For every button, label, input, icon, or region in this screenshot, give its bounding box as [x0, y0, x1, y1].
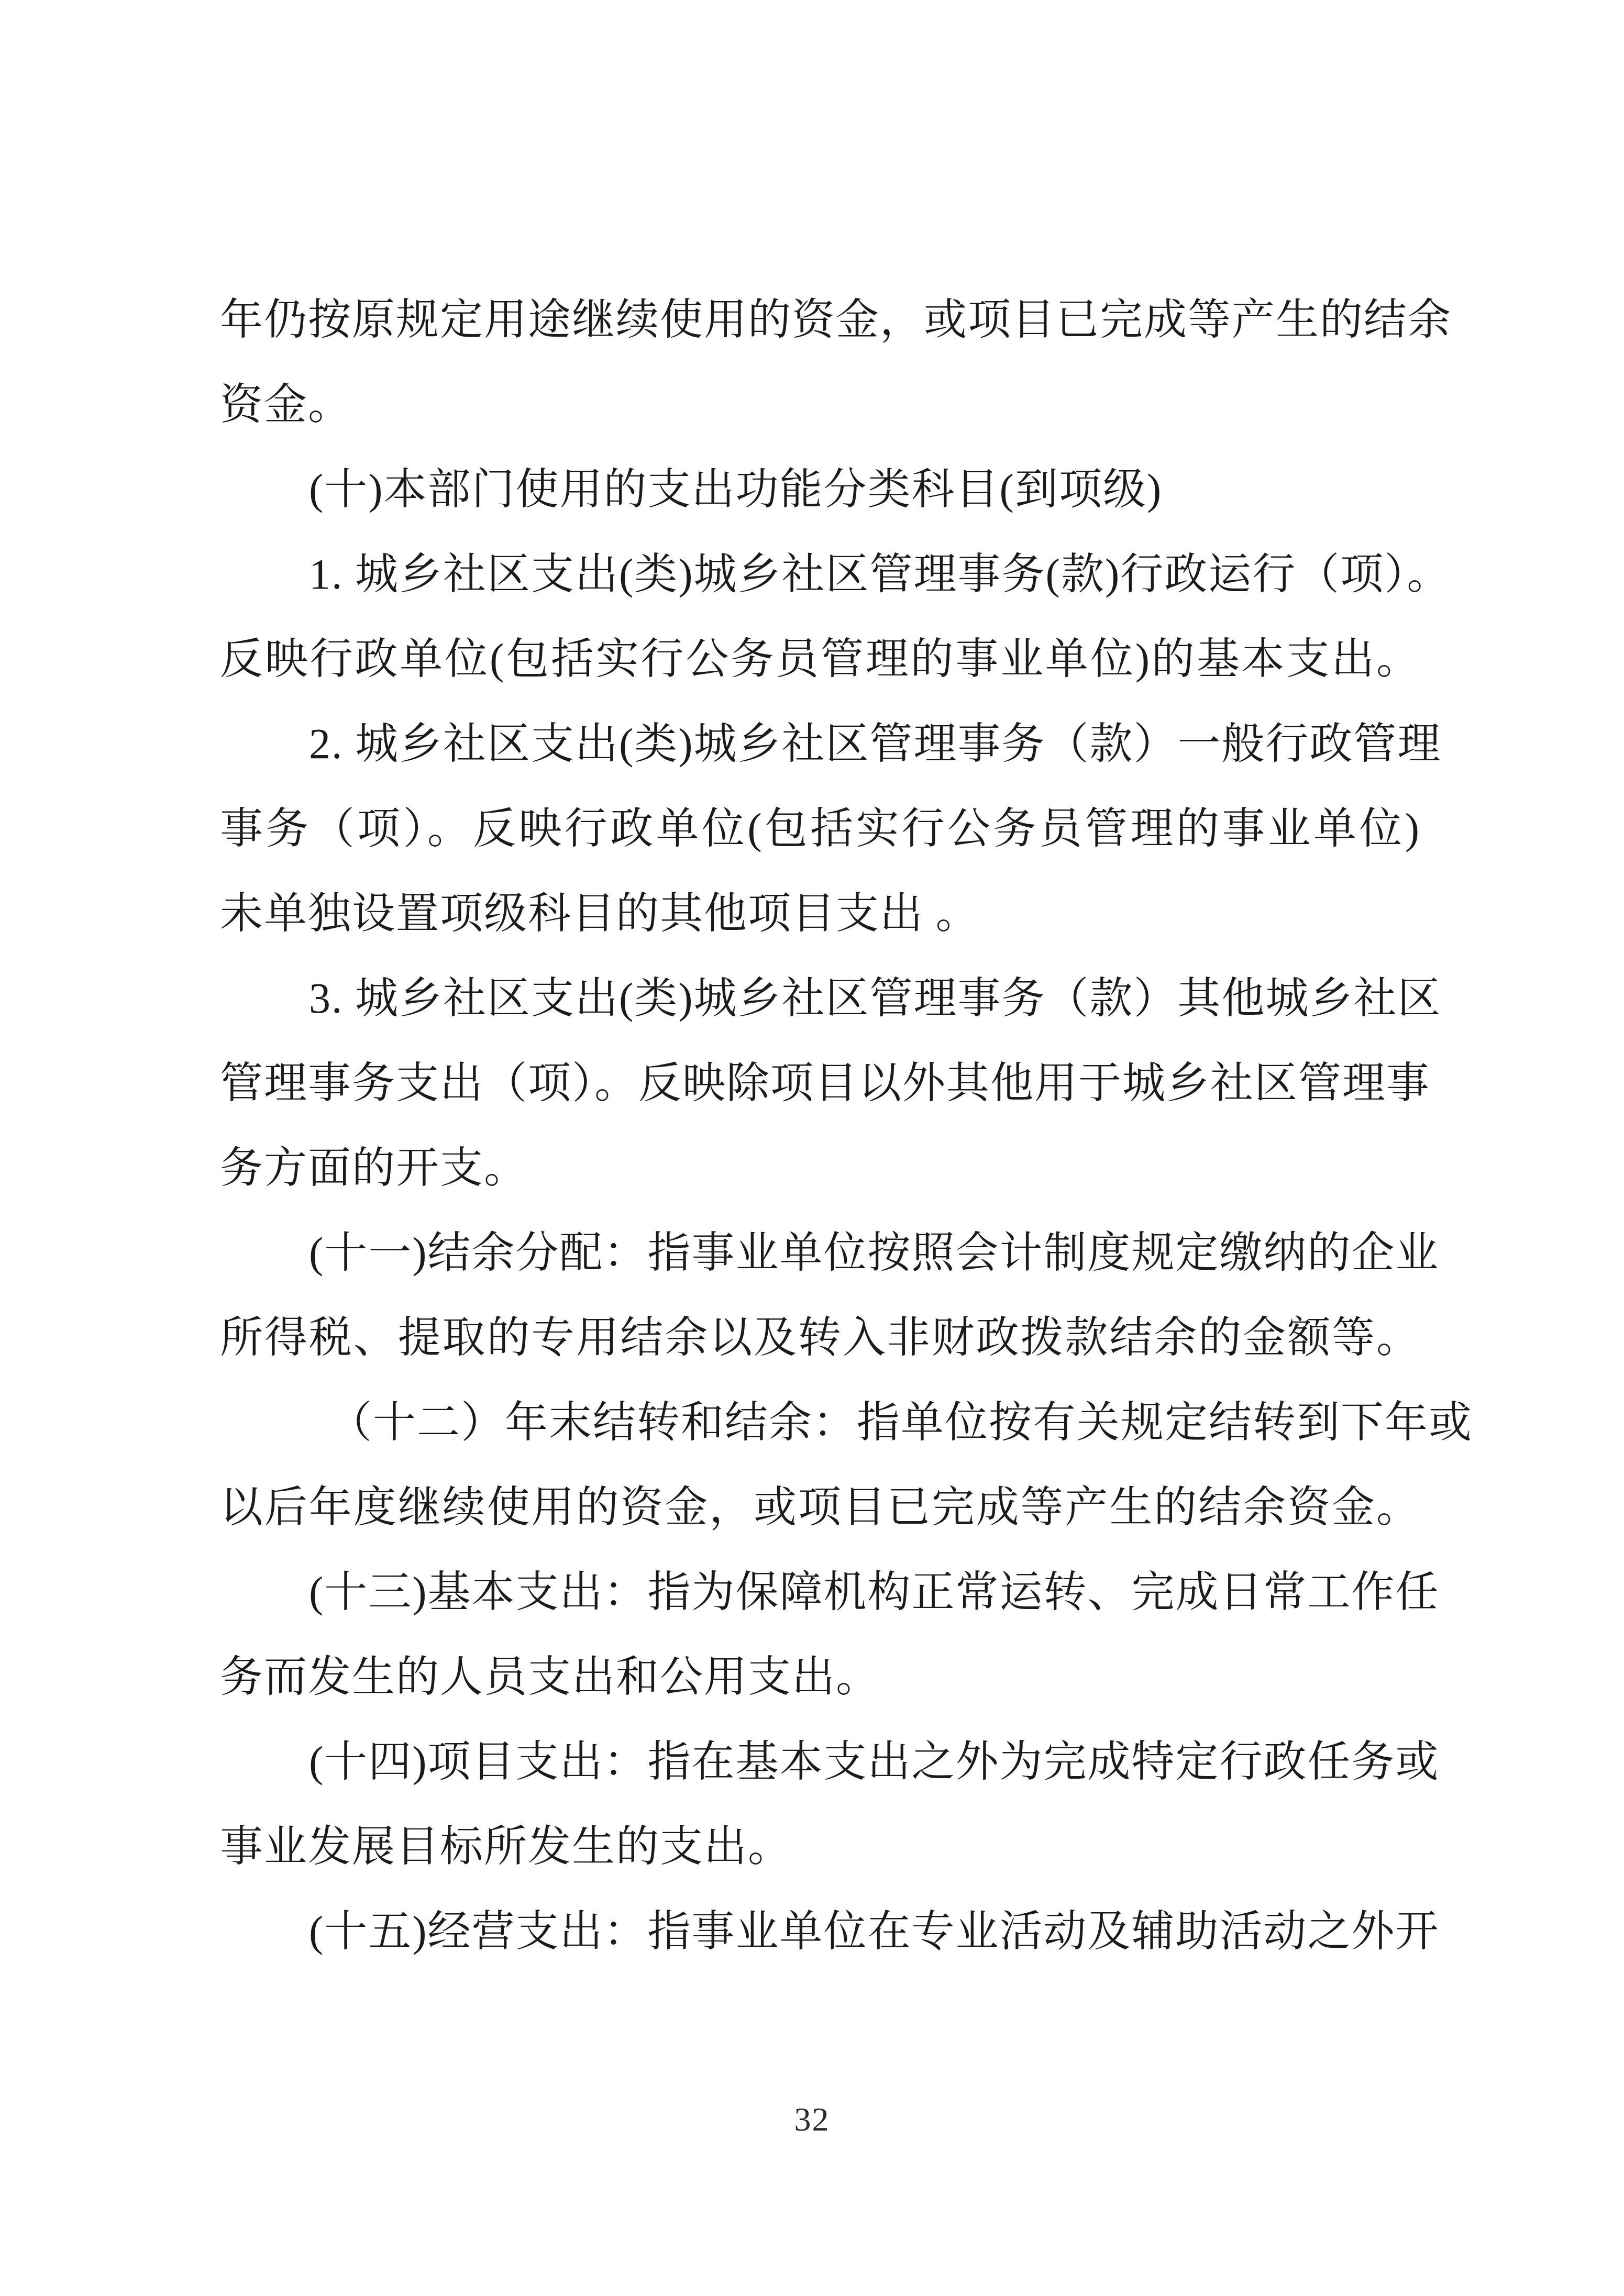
text-line: 管理事务支出（项）。反映除项目以外其他用于城乡社区管理事 — [220, 1041, 1420, 1126]
page-footer: 32 — [0, 2099, 1624, 2140]
text-line: (十四)项目支出：指在基本支出之外为完成特定行政任务或 — [220, 1720, 1420, 1804]
document-body: 年仍按原规定用途继续使用的资金，或项目已完成等产生的结余 资金。 (十)本部门使… — [220, 278, 1420, 1974]
text-line: (十三)基本支出：指为保障机构正常运转、完成日常工作任 — [220, 1550, 1420, 1635]
text-line: 反映行政单位(包括实行公务员管理的事业单位)的基本支出。 — [220, 617, 1420, 702]
text-line: 务而发生的人员支出和公用支出。 — [220, 1635, 1420, 1720]
text-line: 3. 城乡社区支出(类)城乡社区管理事务（款）其他城乡社区 — [220, 956, 1420, 1041]
text-line: 事务（项）。反映行政单位(包括实行公务员管理的事业单位) — [220, 786, 1420, 871]
text-line: 以后年度继续使用的资金，或项目已完成等产生的结余资金。 — [220, 1465, 1420, 1550]
text-line: 年仍按原规定用途继续使用的资金，或项目已完成等产生的结余 — [220, 278, 1420, 362]
text-line: 务方面的开支。 — [220, 1126, 1420, 1211]
text-line: (十一)结余分配：指事业单位按照会计制度规定缴纳的企业 — [220, 1211, 1420, 1295]
text-line: （十二）年末结转和结余：指单位按有关规定结转到下年或 — [220, 1380, 1420, 1465]
text-line: 1. 城乡社区支出(类)城乡社区管理事务(款)行政运行（项）。 — [220, 532, 1420, 617]
text-line: 资金。 — [220, 362, 1420, 447]
text-line: 2. 城乡社区支出(类)城乡社区管理事务（款）一般行政管理 — [220, 702, 1420, 786]
text-line: (十)本部门使用的支出功能分类科目(到项级) — [220, 447, 1420, 532]
document-page: 年仍按原规定用途继续使用的资金，或项目已完成等产生的结余 资金。 (十)本部门使… — [0, 0, 1624, 2296]
text-line: 未单独设置项级科目的其他项目支出 。 — [220, 871, 1420, 956]
text-line: (十五)经营支出：指事业单位在专业活动及辅助活动之外开 — [220, 1889, 1420, 1974]
text-line: 事业发展目标所发生的支出。 — [220, 1804, 1420, 1889]
page-number: 32 — [794, 2101, 830, 2138]
text-line: 所得税、提取的专用结余以及转入非财政拨款结余的金额等。 — [220, 1295, 1420, 1380]
